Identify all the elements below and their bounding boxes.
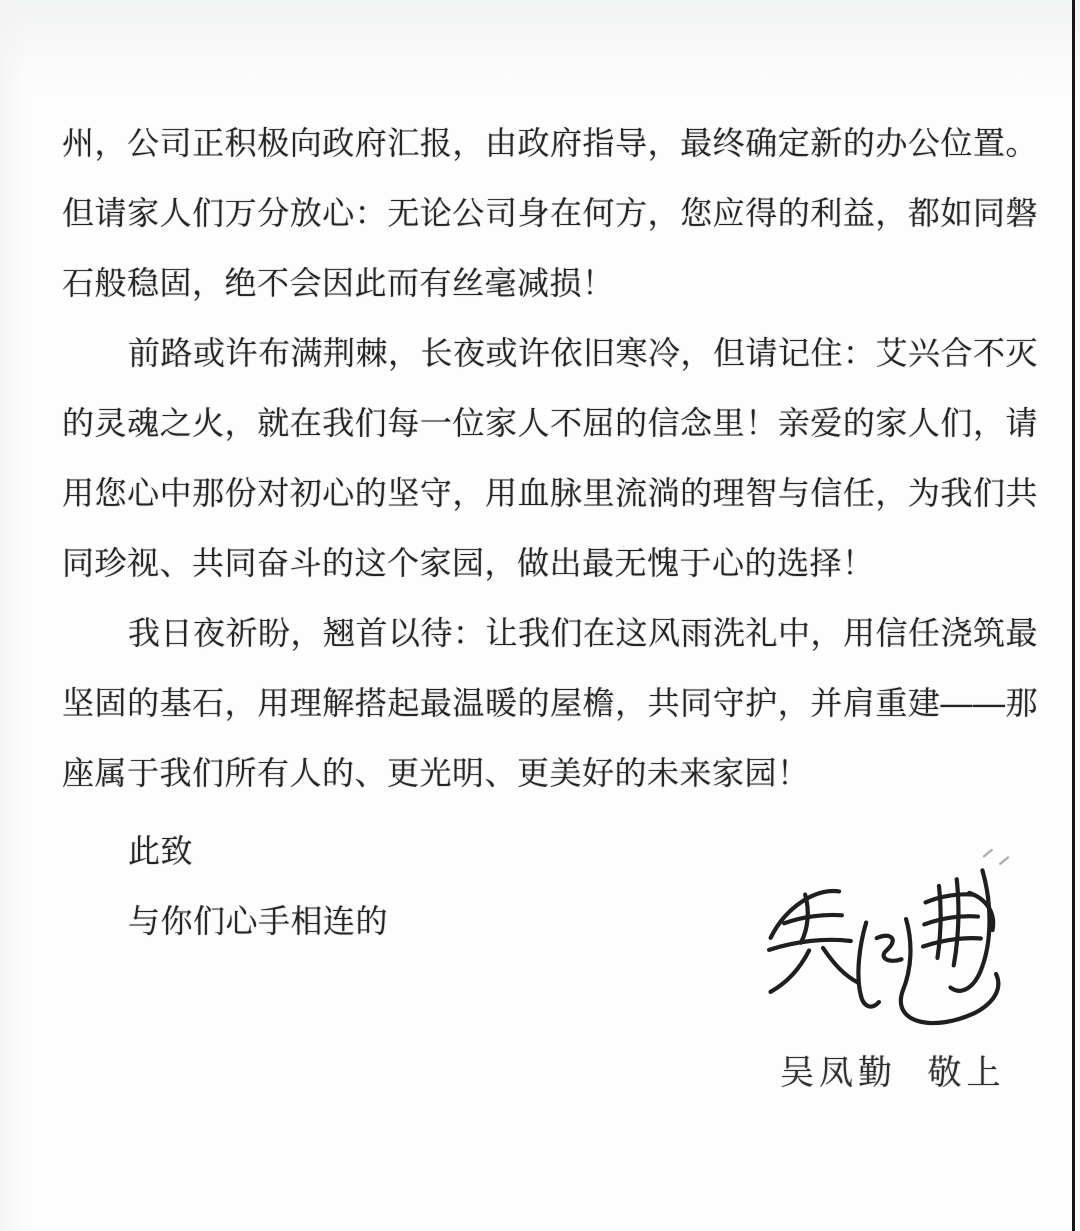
letter-line: 用您心中那份对初心的坚守，用血脉里流淌的理智与信任，为我们共 — [62, 458, 1038, 528]
letter-line: 我日夜祈盼，翘首以待：让我们在这风雨洗礼中，用信任浇筑最 — [62, 598, 1038, 668]
letter-line: 前路或许布满荆棘，长夜或许依旧寒冷，但请记住：艾兴合不灭 — [62, 318, 1038, 388]
letter-line: 石般稳固，绝不会因此而有丝毫减损！ — [62, 248, 1038, 318]
signoff-line: 吴凤勤 敬上 — [780, 1050, 1005, 1096]
letter-line: 的灵魂之火，就在我们每一位家人不屈的信念里！亲爱的家人们，请 — [62, 388, 1038, 458]
scan-edge-line — [1072, 0, 1075, 1231]
handwritten-signature — [732, 841, 1029, 1051]
letter-body: 州，公司正积极向政府汇报，由政府指导，最终确定新的办公位置。 但请家人们万分放心… — [62, 108, 1038, 956]
letter-line: 州，公司正积极向政府汇报，由政府指导，最终确定新的办公位置。 — [62, 108, 1038, 178]
letter-line: 坚固的基石，用理解搭起最温暖的屋檐，共同守护，并肩重建——那 — [62, 668, 1038, 738]
scan-shade-top — [0, 0, 1080, 110]
scan-shade-left — [0, 0, 26, 1231]
letter-line: 同珍视、共同奋斗的这个家园，做出最无愧于心的选择！ — [62, 528, 1038, 598]
letter-line: 但请家人们万分放心：无论公司身在何方，您应得的利益，都如同磐 — [62, 178, 1038, 248]
letter-line: 座属于我们所有人的、更光明、更美好的未来家园！ — [62, 738, 1038, 808]
